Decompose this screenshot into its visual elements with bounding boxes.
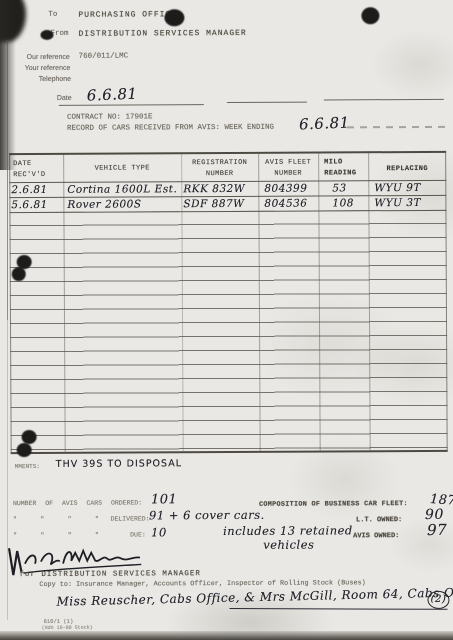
ink-blob [22, 430, 37, 444]
cell-replacing: WYU 3T [368, 197, 446, 211]
scanned-memo-page: To PURCHASING OFFICE From DISTRIBUTION S… [0, 0, 453, 640]
date-value-handwritten: 6.6.81 [86, 85, 137, 105]
col-header-registration-number: REGISTRATION NUMBER [181, 158, 258, 181]
due-note-line1: includes 13 retained [223, 523, 353, 538]
our-reference-label: Our reference [27, 54, 70, 61]
col-header-replacing: REPLACING [368, 164, 446, 176]
cell-date-received: 5.6.81 [9, 199, 63, 213]
cars-delivered-value: 91 + 6 cover cars. [149, 508, 265, 523]
circled-copy-count: (2) [427, 590, 450, 609]
blank-rule [324, 99, 444, 101]
cell-avis-fleet-number: 804399 [258, 183, 318, 197]
comments-value-handwritten: THV 39S TO DISPOSAL [56, 458, 182, 470]
left-margin-rule-faint [7, 320, 8, 620]
cell-registration-number: RKK 832W [181, 183, 258, 197]
to-label: To [48, 11, 57, 19]
cell-milo-reading: 108 [318, 197, 368, 211]
copy-to-line: Copy to: Insurance Manager, Accounts Off… [39, 579, 365, 589]
cell-vehicle-type: Cortina 1600L Est. [63, 183, 181, 198]
cell-vehicle-type: Rover 2600S [63, 198, 181, 213]
our-reference-value: 760/011/LMC [79, 53, 129, 61]
cell-replacing: WYU 9T [368, 182, 446, 196]
avis-owned-value: 97 [427, 521, 447, 539]
blank-rule [59, 104, 204, 106]
col-header-vehicle-type: VEHICLE TYPE [63, 163, 181, 175]
punch-hole [164, 9, 184, 26]
table-border-top [9, 151, 446, 155]
cell-milo-reading: 53 [318, 182, 368, 196]
comments-label: MMENTS: [15, 463, 40, 470]
ink-blob [12, 267, 26, 281]
signature-title-line: for DISTRIBUTION SERVICES MANAGER [19, 570, 201, 579]
recipients-underline [230, 608, 448, 610]
empty-ruled-rows [9, 210, 447, 453]
col-header-avis-fleet-number: AVIS FLEET NUMBER [258, 158, 318, 181]
cars-due-value: 10 [151, 525, 167, 539]
due-note-line2: vehicles [263, 538, 314, 552]
date-label: Date [57, 95, 72, 102]
cars-due-label: " " " " DUE: [13, 531, 146, 539]
blank-rule [227, 102, 307, 103]
composition-label: COMPOSITION OF BUSINESS CAR FLEET: [259, 500, 408, 509]
cell-avis-fleet-number: 804536 [258, 198, 318, 212]
scan-edge-bottom [0, 631, 453, 640]
cell-registration-number: SDF 887W [181, 198, 258, 212]
cell-date-received: 2.6.81 [9, 184, 63, 198]
cars-ordered-label: NUMBER OF AVIS CARS ORDERED: [13, 499, 142, 507]
col-header-date-received: DATE REC'V'D [13, 159, 61, 182]
cars-ordered-value: 101 [151, 492, 177, 507]
contract-number-line: CONTRACT NO: 17901E [67, 113, 153, 121]
your-reference-label: Your reference [25, 65, 71, 72]
col-header-milo-reading: MILO READING [320, 157, 372, 180]
cars-delivered-label: " " " " DELIVERED: [13, 515, 150, 523]
week-ending-value-handwritten: 6.6.81 [299, 113, 350, 133]
from-value: DISTRIBUTION SERVICES MANAGER [78, 29, 246, 39]
telephone-label: Telephone [39, 76, 71, 83]
table-row: 5.6.81 Rover 2600S SDF 887W 804536 108 W… [9, 197, 446, 213]
scan-edge-left [0, 0, 16, 170]
table-row: 2.6.81 Cortina 1600L Est. RKK 832W 80439… [9, 182, 446, 198]
ink-blob [17, 443, 32, 457]
ink-blob [40, 30, 53, 40]
to-value: PURCHASING OFFICE [78, 10, 177, 20]
lt-owned-label: L.T. OWNED: [356, 516, 402, 524]
cars-received-table: DATE REC'V'D VEHICLE TYPE REGISTRATION N… [9, 151, 448, 453]
pen-scribble [347, 126, 447, 129]
record-line: RECORD OF CARS RECEIVED FROM AVIS: WEEK … [67, 124, 274, 133]
punch-hole [361, 7, 379, 24]
avis-owned-label: AVIS OWNED: [353, 532, 399, 540]
left-margin-rule [7, 40, 8, 320]
